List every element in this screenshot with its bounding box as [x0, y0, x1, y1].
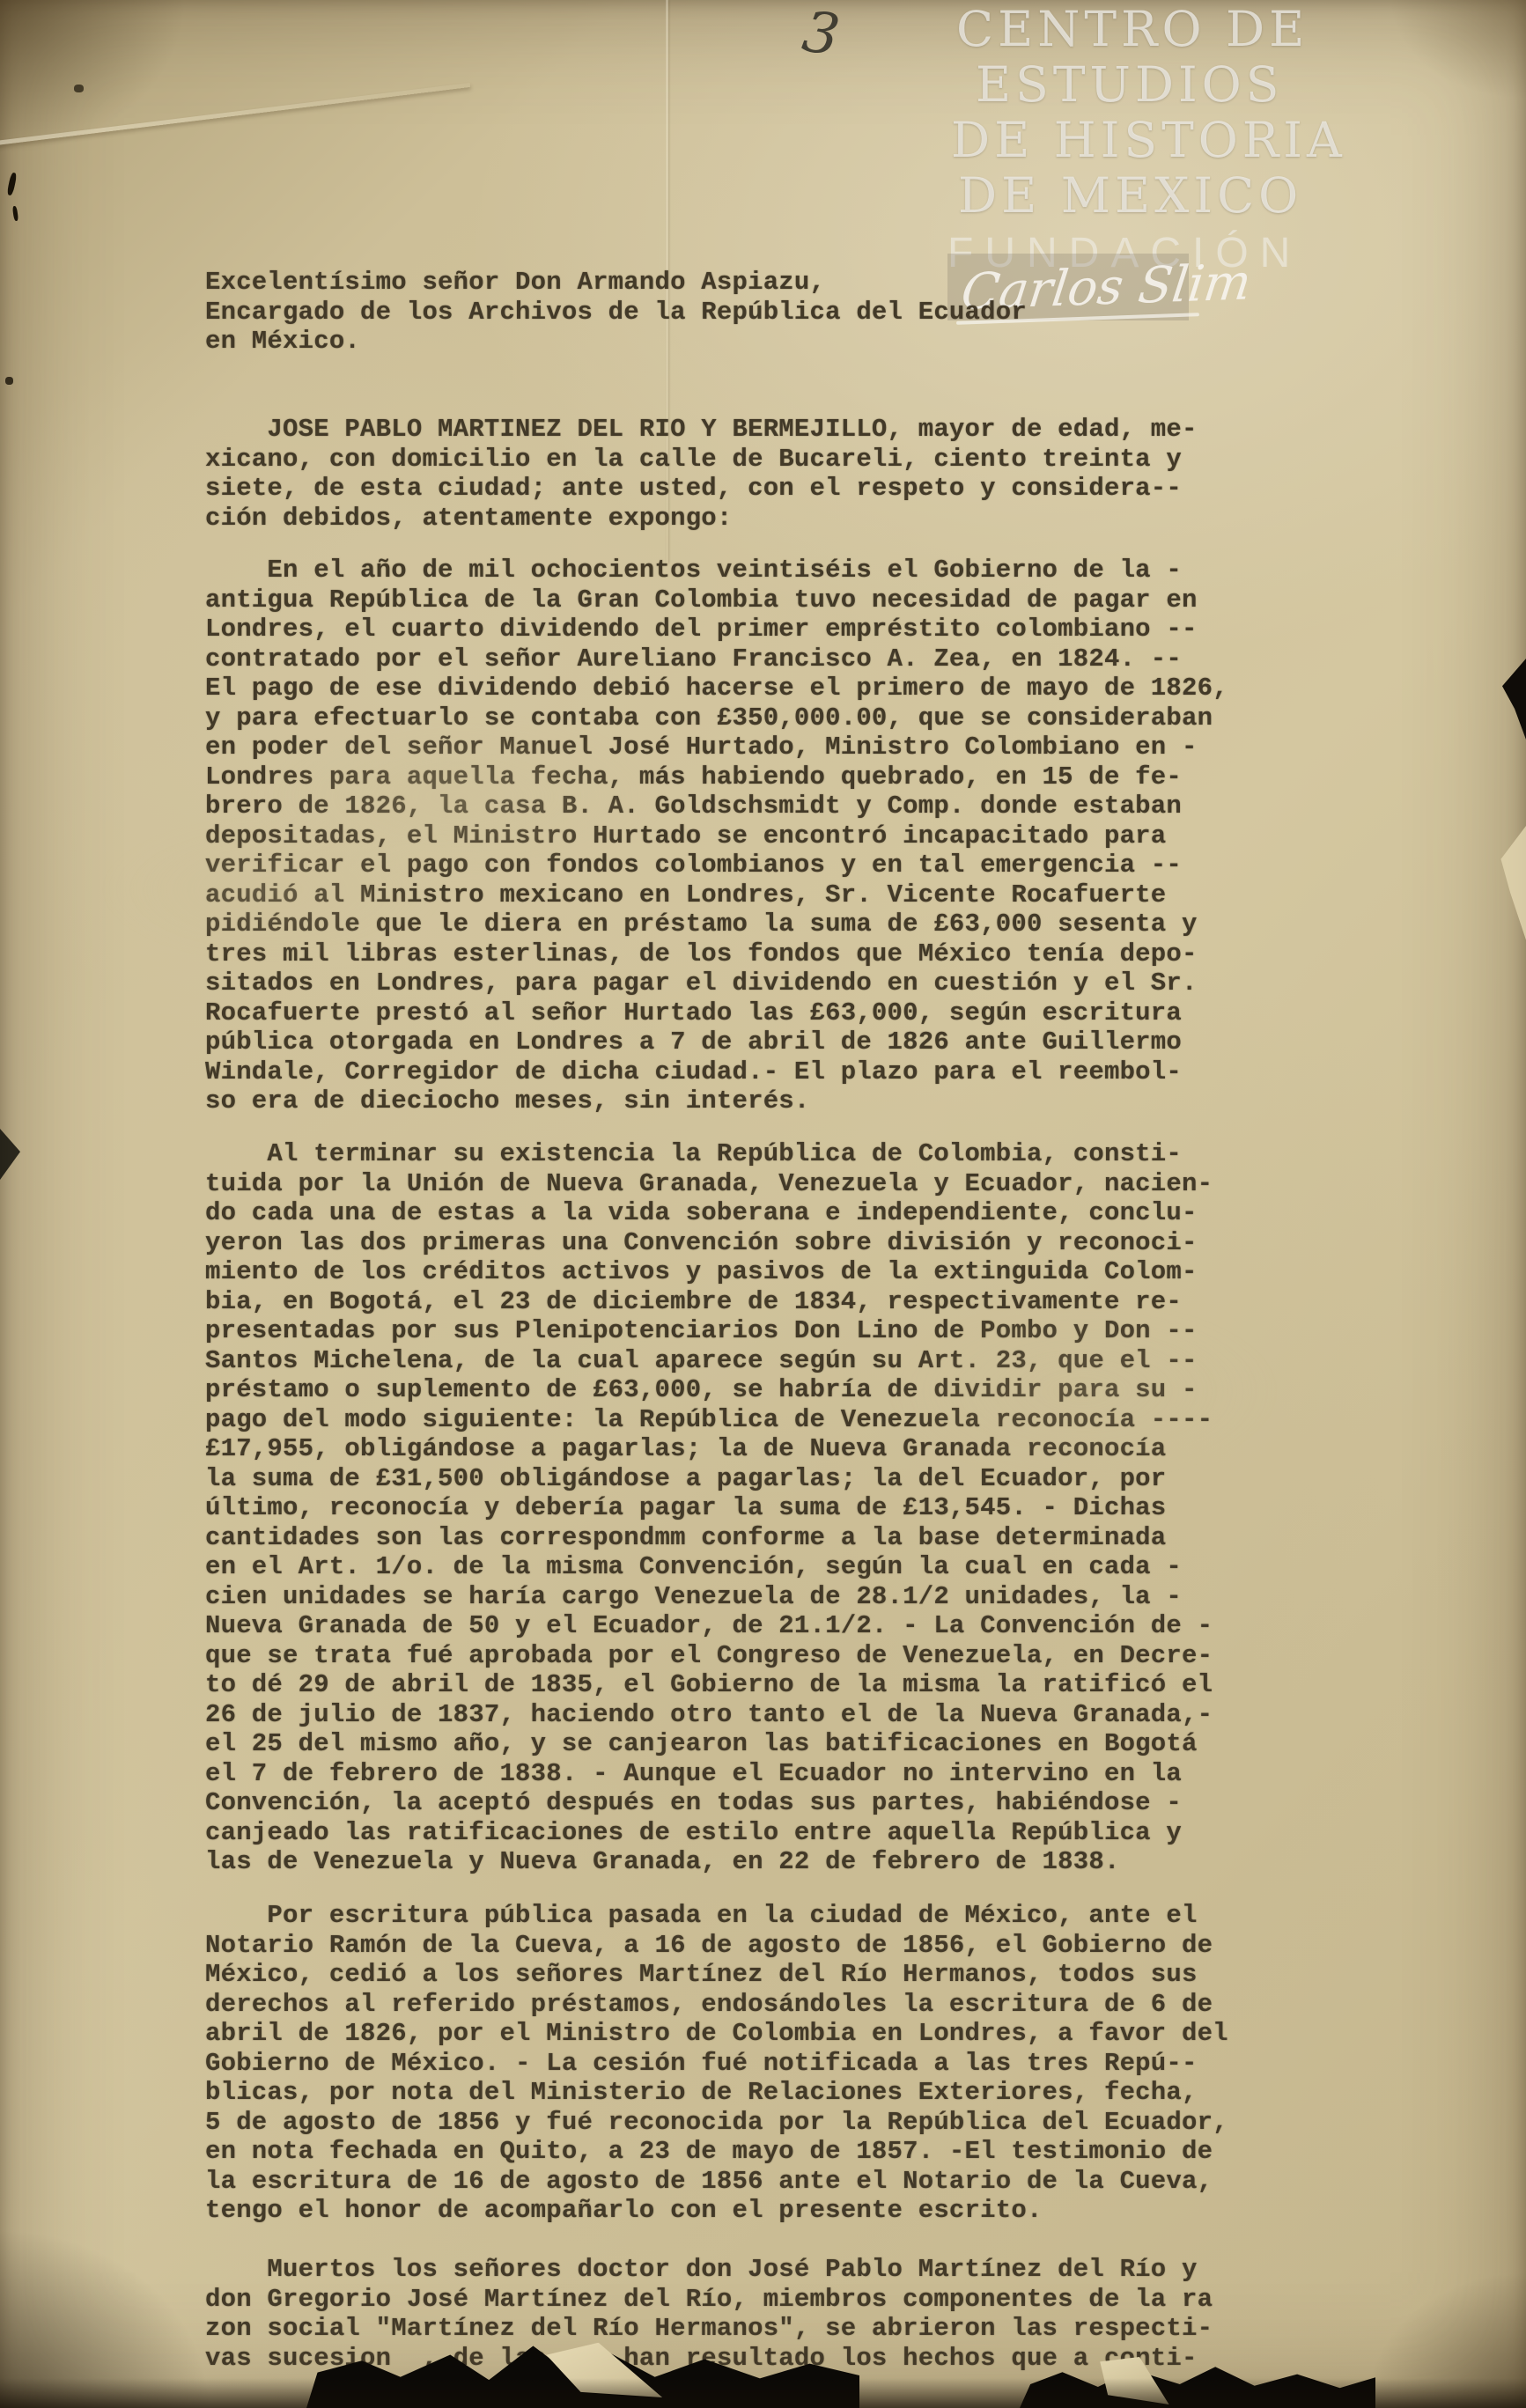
letter-paragraph: Por escritura pública pasada en la ciuda…	[205, 1901, 1228, 2226]
letter-paragraph: En el año de mil ochocientos veintiséis …	[205, 556, 1228, 1116]
recipient-address-block: Excelentísimo señor Don Armando Aspiazu,…	[205, 268, 1027, 357]
letter-paragraph: Muertos los señores doctor don José Pabl…	[205, 2255, 1213, 2373]
scanned-letter-page: CENTRO DE ESTUDIOS DE HISTORIA DE MEXICO…	[0, 0, 1526, 2408]
ink-speck	[5, 377, 13, 385]
letter-paragraph: JOSE PABLO MARTINEZ DEL RIO Y BERMEJILLO…	[205, 415, 1198, 533]
watermark-line: CENTRO DE	[956, 5, 1309, 54]
paper-hole	[74, 85, 84, 92]
watermark-line: DE MEXICO	[958, 172, 1302, 220]
watermark-line: DE HISTORIA	[951, 116, 1346, 165]
watermark-line: ESTUDIOS	[976, 61, 1283, 109]
letter-paragraph: Al terminar su existencia la República d…	[205, 1139, 1213, 1877]
